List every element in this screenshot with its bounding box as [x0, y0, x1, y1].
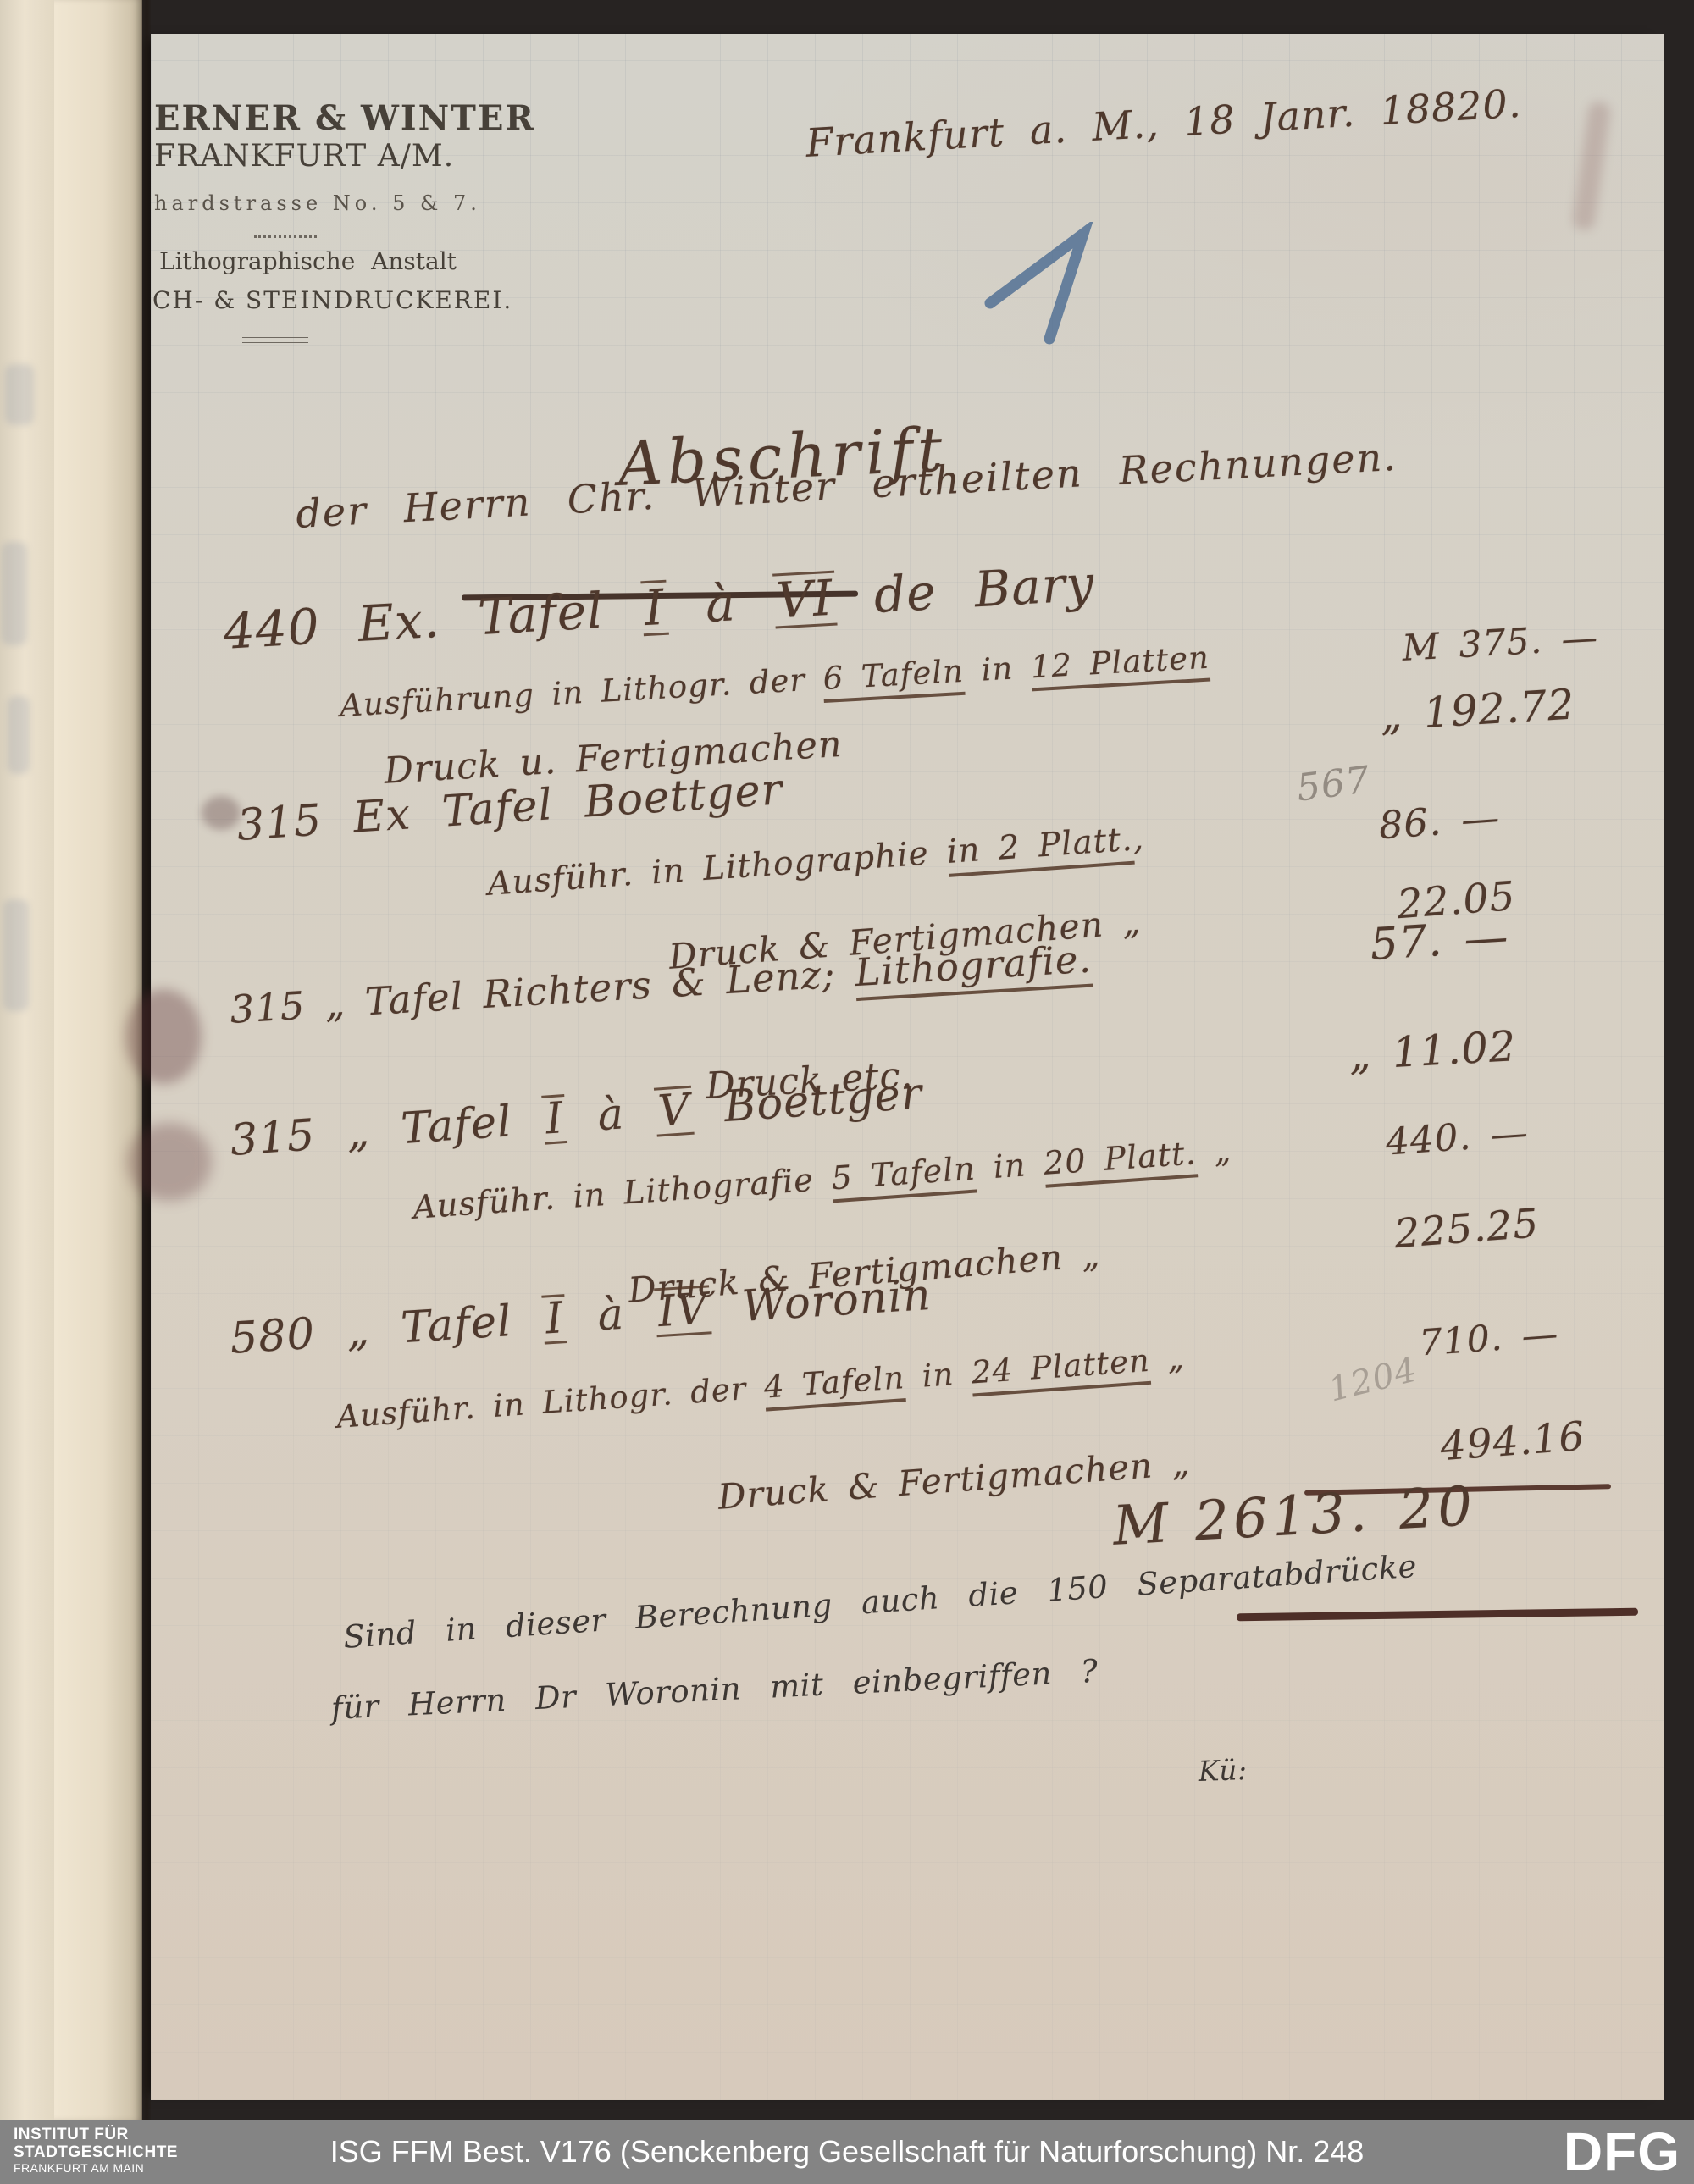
- invoice-line-segment: in: [974, 1145, 1045, 1187]
- pencil-number: 567: [1294, 758, 1373, 810]
- currency-mark: M: [1111, 1492, 1175, 1558]
- roman-numeral: IV: [654, 1285, 711, 1337]
- roman-numeral: I: [542, 1294, 568, 1345]
- roman-numeral: VI: [772, 571, 837, 629]
- roman-numeral: V: [654, 1086, 695, 1137]
- letterhead-squiggle: [254, 235, 317, 238]
- letterhead-street: hardstrasse No. 5 & 7.: [154, 191, 481, 215]
- show-through-mark: [2, 542, 27, 645]
- invoice-amount: „ 11.02: [1348, 1021, 1518, 1080]
- invoice-line-segment: à: [564, 1087, 657, 1143]
- invoice-line-segment: à: [565, 1287, 657, 1343]
- invoice-line-segment: „: [1149, 1340, 1186, 1379]
- ink-blot: [127, 1123, 212, 1201]
- invoice-line-segment: ,: [1132, 820, 1146, 859]
- letterhead-company: ERNER & WINTER: [154, 98, 535, 138]
- scanned-document-view: ERNER & WINTER FRANKFURT A/M. hardstrass…: [0, 0, 1694, 2184]
- letterhead-city: FRANKFURT A/M.: [154, 139, 454, 174]
- invoice-line-segment: in: [963, 649, 1032, 688]
- underlined-term: 6 Tafeln: [822, 653, 965, 703]
- letterhead-business-line: CH- & STEINDRUCKEREI.: [152, 286, 512, 314]
- invoice-amount: 86. —: [1377, 794, 1502, 848]
- letterhead-rule: [242, 337, 308, 343]
- archive-footer-bar: INSTITUT FÜR STADTGESCHICHTE FRANKFURT A…: [0, 2120, 1694, 2184]
- archive-reference: ISG FFM Best. V176 (Senckenberg Gesellsc…: [0, 2134, 1694, 2170]
- ink-blot: [125, 989, 202, 1084]
- dfg-logo: DFG: [1564, 2120, 1680, 2183]
- invoice-line-segment: „: [1195, 1131, 1233, 1171]
- invoice-amount: 57. —: [1369, 911, 1510, 970]
- show-through-mark: [3, 899, 29, 1011]
- letterhead-business-line: Lithographische Anstalt: [159, 247, 457, 275]
- blue-crayon-number-icon: [978, 222, 1105, 349]
- show-through-mark: [5, 364, 34, 425]
- show-through-mark: [8, 696, 30, 774]
- invoice-line-segment: à: [666, 572, 776, 636]
- pencil-note-initials: Kü:: [1198, 1753, 1248, 1788]
- invoice-line-segment: in: [903, 1355, 972, 1396]
- page-edge-strip: [0, 0, 54, 2120]
- page-edge-strip: [54, 0, 142, 2120]
- roman-numeral: I: [640, 580, 669, 637]
